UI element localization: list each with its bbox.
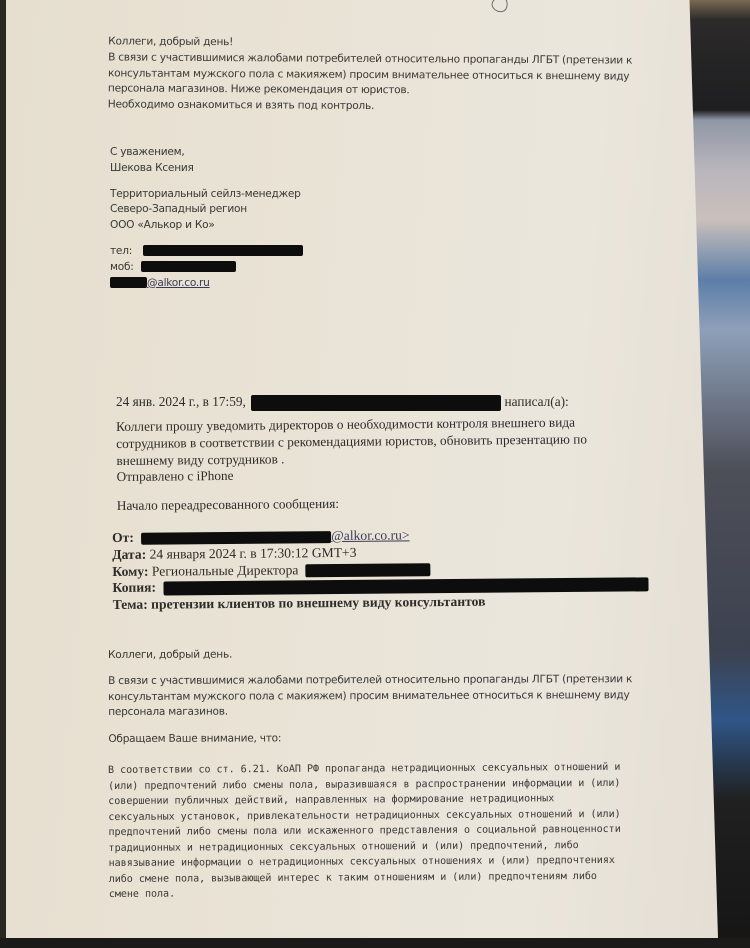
attention-line: Обращаем Ваше внимание, что:: [108, 730, 632, 748]
closing: С уважением,: [110, 145, 303, 161]
forwarded-body: Коллеги, добрый день. В связи с участивш…: [108, 646, 632, 748]
phone-row: тел:: [110, 244, 303, 260]
forwarded-greeting: Коллеги, добрый день.: [108, 646, 632, 664]
email-link[interactable]: @alkor.co.ru: [147, 277, 210, 289]
redaction-bar: [141, 531, 331, 545]
quoted-body: Коллеги прошу уведомить директоров о нео…: [116, 414, 588, 514]
forwarded-line: В связи с участившимися жалобами потреби…: [108, 672, 632, 690]
body-line: Необходимо ознакомиться и взять под конт…: [108, 98, 632, 117]
forwarded-line: персонала магазинов.: [108, 704, 632, 722]
forwarded-line: консультантам мужского пола с макияжем) …: [108, 688, 632, 706]
subject-value: претензии клиентов по внешнему виду конс…: [151, 594, 485, 612]
sender-region: Северо-Западный регион: [110, 202, 303, 218]
redaction-bar: [306, 563, 431, 577]
sender-title: Территориальный сейлз-менеджер: [110, 187, 303, 203]
from-email[interactable]: @alkor.co.ru>: [331, 527, 409, 543]
redaction-bar: [110, 277, 147, 288]
intro-message: Коллеги, добрый день! В связи с участивш…: [108, 34, 633, 116]
from-label: От:: [112, 530, 134, 545]
date-label: Дата:: [112, 546, 146, 561]
phone-label: тел:: [110, 245, 132, 257]
date-value: 24 января 2024 г. в 17:30:12 GMT+3: [150, 545, 357, 562]
redaction-bar: [143, 245, 303, 256]
redaction-bar: [141, 261, 236, 272]
to-label: Кому:: [112, 563, 148, 578]
to-value: Региональные Директора: [152, 562, 299, 578]
law-text: В соответствии со ст. 6.21. КоАП РФ проп…: [108, 760, 621, 903]
mobile-row: моб:: [110, 260, 303, 276]
quote-wrote: написал(а):: [505, 394, 569, 409]
pen-mark: [489, 0, 510, 15]
cc-label: Копия:: [112, 580, 156, 595]
bottom-shadow: [0, 938, 750, 948]
law-line: смене пола.: [109, 884, 621, 903]
sender-name: Шекова Ксения: [110, 161, 303, 177]
email-row: @alkor.co.ru: [110, 276, 303, 292]
law-line: либо смене пола, вызывающей интерес к та…: [109, 868, 621, 887]
signature: С уважением, Шекова Ксения Территориальн…: [110, 145, 303, 291]
forwarded-meta: От: @alkor.co.ru> Дата: 24 января 2024 г…: [112, 525, 649, 614]
quoted-header: 24 янв. 2024 г., в 17:59, написал(а):: [116, 394, 569, 411]
subject-label: Тема:: [113, 597, 148, 612]
quote-date: 24 янв. 2024 г., в 17:59,: [116, 394, 246, 409]
redaction-bar: [251, 395, 501, 411]
mobile-label: моб:: [110, 261, 134, 273]
sender-company: ООО «Алькор и Ко»: [110, 218, 303, 234]
